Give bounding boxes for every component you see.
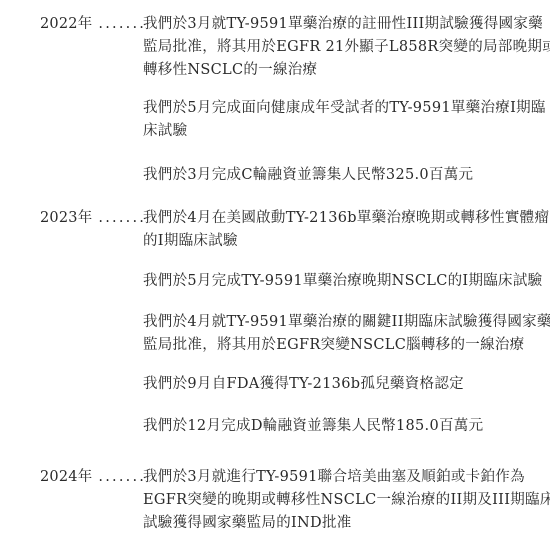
entry-line: 我們於5月完成面向健康成年受試者的TY-9591單藥治療I期臨 <box>143 97 493 120</box>
entry-line: 我們於3月完成C輪融資並籌集人民幣325.0百萬元 <box>143 164 493 187</box>
entry-line: 我們於5月完成TY-9591單藥治療晚期NSCLC的I期臨床試驗 <box>143 270 493 293</box>
entry-line: 的I期臨床試驗 <box>143 230 493 253</box>
milestone-entry: 我們於3月就進行TY-9591聯合培美曲塞及順鉑或卡鉑作為 EGFR突變的晚期或… <box>143 466 493 535</box>
year-label: 2023年....... <box>40 207 146 230</box>
milestone-entry: 我們於4月就TY-9591單藥治療的關鍵II期臨床試驗獲得國家藥 監局批准，將其… <box>143 311 493 357</box>
milestone-entry: 我們於3月就TY-9591單藥治療的註冊性III期試驗獲得國家藥 監局批准，將其… <box>143 13 493 82</box>
entry-line: 試驗獲得國家藥監局的IND批准 <box>143 512 493 535</box>
milestone-entry: 我們於9月自FDA獲得TY-2136b孤兒藥資格認定 <box>143 373 493 396</box>
entry-line: 我們於3月就TY-9591單藥治療的註冊性III期試驗獲得國家藥 <box>143 13 493 36</box>
dot-leader: ....... <box>98 210 146 226</box>
milestone-entry: 我們於4月在美國啟動TY-2136b單藥治療晚期或轉移性實體瘤 的I期臨床試驗 <box>143 207 493 253</box>
entry-line: 轉移性NSCLC的一線治療 <box>143 59 493 82</box>
milestone-entry: 我們於5月完成TY-9591單藥治療晚期NSCLC的I期臨床試驗 <box>143 270 493 293</box>
year-text: 2024年 <box>40 469 92 485</box>
milestone-entry: 我們於5月完成面向健康成年受試者的TY-9591單藥治療I期臨 床試驗 <box>143 97 493 143</box>
entry-line: 監局批准，將其用於EGFR突變NSCLC腦轉移的一線治療 <box>143 334 493 357</box>
entry-line: 床試驗 <box>143 120 493 143</box>
year-label: 2022年....... <box>40 13 146 36</box>
entry-line: EGFR突變的晚期或轉移性NSCLC一線治療的II期及III期臨床 <box>143 489 493 512</box>
year-text: 2023年 <box>40 210 92 226</box>
entry-line: 我們於4月在美國啟動TY-2136b單藥治療晚期或轉移性實體瘤 <box>143 207 493 230</box>
milestone-entry: 我們於12月完成D輪融資並籌集人民幣185.0百萬元 <box>143 415 493 438</box>
dot-leader: ....... <box>98 16 146 32</box>
year-text: 2022年 <box>40 16 92 32</box>
year-label: 2024年....... <box>40 466 146 489</box>
entry-line: 監局批准，將其用於EGFR 21外顯子L858R突變的局部晚期或 <box>143 36 493 59</box>
entry-line: 我們於9月自FDA獲得TY-2136b孤兒藥資格認定 <box>143 373 493 396</box>
entry-line: 我們於12月完成D輪融資並籌集人民幣185.0百萬元 <box>143 415 493 438</box>
entry-line: 我們於3月就進行TY-9591聯合培美曲塞及順鉑或卡鉑作為 <box>143 466 493 489</box>
entry-line: 我們於4月就TY-9591單藥治療的關鍵II期臨床試驗獲得國家藥 <box>143 311 493 334</box>
milestone-entry: 我們於3月完成C輪融資並籌集人民幣325.0百萬元 <box>143 164 493 187</box>
dot-leader: ....... <box>98 469 146 485</box>
